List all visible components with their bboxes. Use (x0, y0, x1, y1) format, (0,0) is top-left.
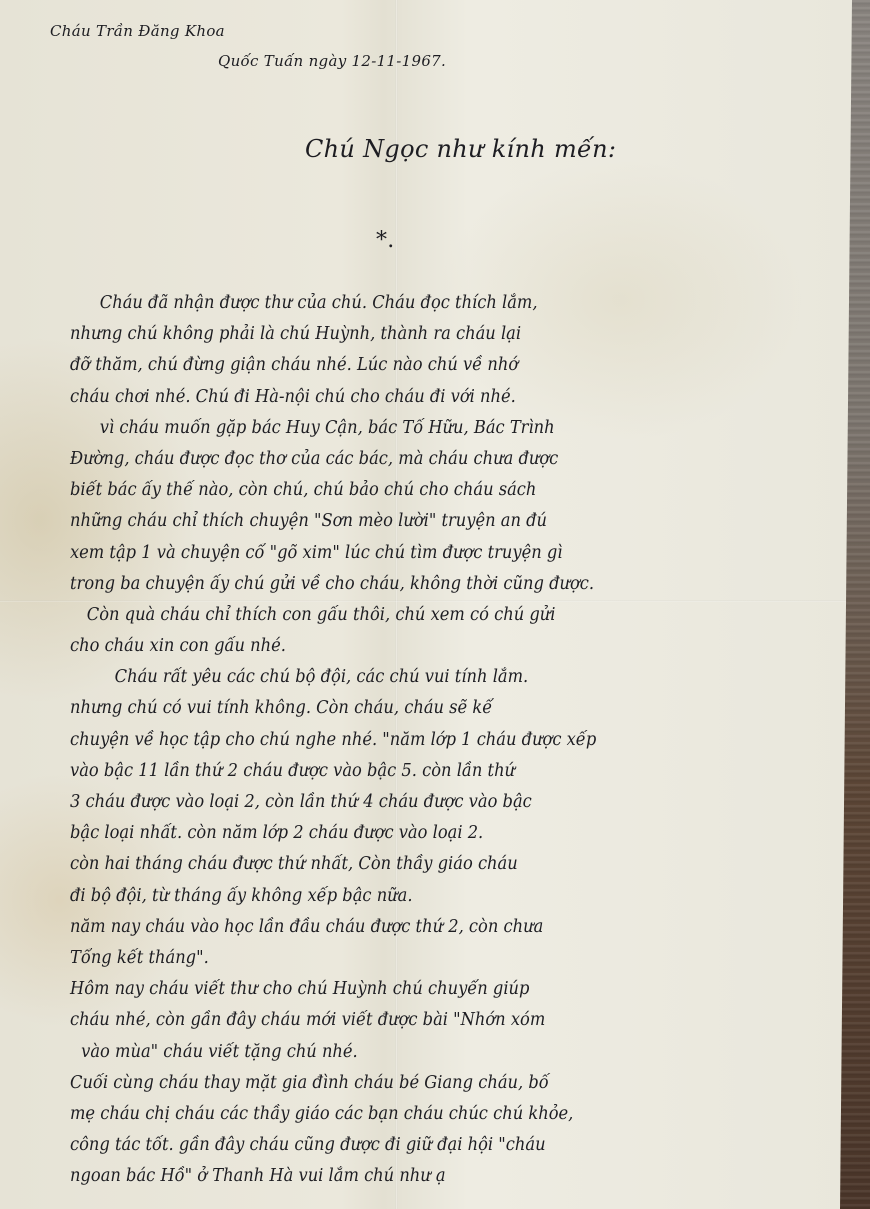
body-line: nhưng chú không phải là chú Huỳnh, thành… (70, 319, 805, 350)
body-line: cháu chơi nhé. Chú đi Hà-nội chú cho chá… (70, 382, 805, 413)
body-line: Còn quà cháu chỉ thích con gấu thôi, chú… (70, 600, 805, 631)
body-line: Cháu rất yêu các chú bộ đội, các chú vui… (70, 662, 805, 693)
body-line: còn hai tháng cháu được thứ nhất, Còn th… (70, 849, 805, 880)
section-separator: *. (376, 228, 395, 253)
body-line: bậc loại nhất. còn năm lớp 2 cháu được v… (70, 818, 805, 849)
letter-place-date: Quốc Tuấn ngày 12-11-1967. (218, 52, 446, 70)
letter-salutation: Chú Ngọc như kính mến: (305, 135, 616, 163)
body-line: cháu nhé, còn gần đây cháu mới viết được… (70, 1005, 805, 1036)
body-line: biết bác ấy thế nào, còn chú, chú bảo ch… (70, 475, 805, 506)
body-line: mẹ cháu chị cháu các thầy giáo các bạn c… (70, 1099, 805, 1130)
body-line: công tác tốt. gần đây cháu cũng được đi … (70, 1130, 805, 1161)
letter-body: Cháu đã nhận được thư của chú. Cháu đọc … (70, 288, 860, 1192)
body-line: năm nay cháu vào học lần đầu cháu được t… (70, 912, 805, 943)
body-line: chuyện về học tập cho chú nghe nhé. "năm… (70, 725, 805, 756)
body-line: Hôm nay cháu viết thư cho chú Huỳnh chú … (70, 974, 805, 1005)
body-line: đi bộ đội, từ tháng ấy không xếp bậc nữa… (70, 881, 805, 912)
body-line: ngoan bác Hồ" ở Thanh Hà vui lắm chú như… (70, 1161, 805, 1192)
body-line: Đường, cháu được đọc thơ của các bác, mà… (70, 444, 805, 475)
body-line: Cuối cùng cháu thay mặt gia đình cháu bé… (70, 1068, 805, 1099)
body-line: những cháu chỉ thích chuyện "Sơn mèo lườ… (70, 506, 805, 537)
body-line: vì cháu muốn gặp bác Huy Cận, bác Tố Hữu… (70, 413, 805, 444)
letter-paper: Cháu Trần Đăng Khoa Quốc Tuấn ngày 12-11… (0, 0, 852, 1209)
body-line: Tổng kết tháng". (70, 943, 805, 974)
body-line: đỡ thăm, chú đừng giận cháu nhé. Lúc nào… (70, 350, 805, 381)
body-line: nhưng chú có vui tính không. Còn cháu, c… (70, 693, 805, 724)
body-line: Cháu đã nhận được thư của chú. Cháu đọc … (70, 288, 805, 319)
body-line: trong ba chuyện ấy chú gửi về cho cháu, … (70, 569, 805, 600)
body-line: 3 cháu được vào loại 2, còn lần thứ 4 ch… (70, 787, 805, 818)
body-line: cho cháu xin con gấu nhé. (70, 631, 805, 662)
letter-sender: Cháu Trần Đăng Khoa (50, 22, 225, 40)
body-line: xem tập 1 và chuyện cổ "gõ xim" lúc chú … (70, 538, 805, 569)
body-line: vào bậc 11 lần thứ 2 cháu được vào bậc 5… (70, 756, 805, 787)
body-line: vào mùa" cháu viết tặng chú nhé. (70, 1037, 805, 1068)
